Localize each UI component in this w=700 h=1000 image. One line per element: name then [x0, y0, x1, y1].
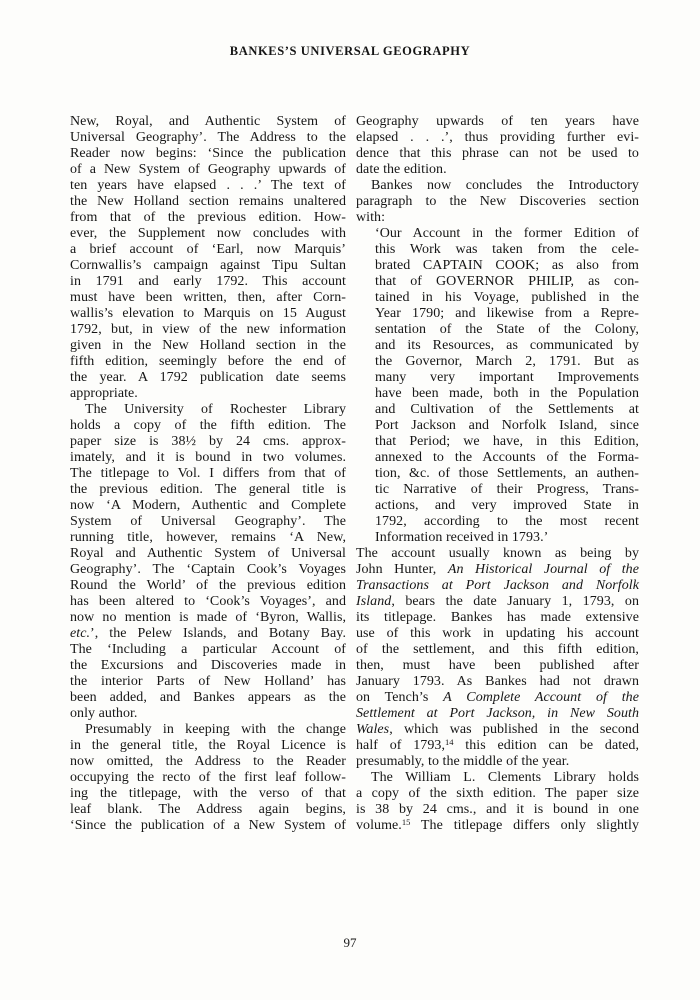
- text-line: leaf blank. The Address again begins,: [70, 802, 346, 818]
- text-line: Bankes now concludes the Introductory: [356, 178, 639, 194]
- text-line: January 1793. As Bankes had not drawn: [356, 674, 639, 690]
- running-head: BANKES’S UNIVERSAL GEOGRAPHY: [0, 44, 700, 59]
- text-line: Round the World’ of the previous edition: [70, 578, 346, 594]
- text-line: tained in his Voyage, published in the: [356, 290, 639, 306]
- text-line: have been made, both in the Population: [356, 386, 639, 402]
- text-line: the interior Parts of New Holland’ has: [70, 674, 346, 690]
- text-line: the Excursions and Discoveries made in: [70, 658, 346, 674]
- footnote-reference: 14: [445, 737, 454, 747]
- text-line: New, Royal, and Authentic System of: [70, 114, 346, 130]
- text-line: on Tench’s A Complete Account of the: [356, 690, 639, 706]
- text-line: now omitted, the Address to the Reader: [70, 754, 346, 770]
- text-line: Transactions at Port Jackson and Norfolk: [356, 578, 639, 594]
- text-line: a copy of the sixth edition. The paper s…: [356, 786, 639, 802]
- book-page: BANKES’S UNIVERSAL GEOGRAPHY New, Royal,…: [0, 0, 700, 1000]
- text-line: Information received in 1793.’: [356, 530, 639, 546]
- text-line: elapsed . . .’, thus providing further e…: [356, 130, 639, 146]
- text-column-left: New, Royal, and Authentic System ofUnive…: [70, 114, 346, 834]
- text-line: brated CAPTAIN COOK; as also from: [356, 258, 639, 274]
- text-line: fifth edition, seemingly before the end …: [70, 354, 346, 370]
- text-line: that of GOVERNOR PHILIP, as con-: [356, 274, 639, 290]
- text-line: annexed to the Accounts of the Forma-: [356, 450, 639, 466]
- text-line: ing the titlepage, with the verso of tha…: [70, 786, 346, 802]
- text-line: the previous edition. The general title …: [70, 482, 346, 498]
- text-line: ever, the Supplement now concludes with: [70, 226, 346, 242]
- text-line: Cornwallis’s campaign against Tipu Sulta…: [70, 258, 346, 274]
- text-line: now ‘A Modern, Authentic and Complete: [70, 498, 346, 514]
- text-line: from that of the previous edition. How-: [70, 210, 346, 226]
- text-line: that Period; we have, in this Edition,: [356, 434, 639, 450]
- text-line: Royal and Authentic System of Universal: [70, 546, 346, 562]
- text-line: Reader now begins: ‘Since the publicatio…: [70, 146, 346, 162]
- text-line: paper size is 38½ by 24 cms. approx-: [70, 434, 346, 450]
- text-line: dence that this phrase can not be used t…: [356, 146, 639, 162]
- text-line: of a New System of Geography upwards of: [70, 162, 346, 178]
- text-line: in 1791 and early 1792. This account: [70, 274, 346, 290]
- text-line: 1792, but, in view of the new informatio…: [70, 322, 346, 338]
- text-line: The ‘Including a particular Account of: [70, 642, 346, 658]
- text-line: presumably, to the middle of the year.: [356, 754, 639, 770]
- text-line: its titlepage. Bankes has made extensive: [356, 610, 639, 626]
- text-line: the Governor, March 2, 1791. But as: [356, 354, 639, 370]
- text-line: the New Holland section remains unaltere…: [70, 194, 346, 210]
- text-line: imately, and it is bound in two volumes.: [70, 450, 346, 466]
- text-line: with:: [356, 210, 639, 226]
- text-line: wallis’s elevation to Marquis on 15 Augu…: [70, 306, 346, 322]
- text-column-right: Geography upwards of ten years haveelaps…: [356, 114, 639, 834]
- text-line: etc.’, the Pelew Islands, and Botany Bay…: [70, 626, 346, 642]
- text-line: in the general title, the Royal Licence …: [70, 738, 346, 754]
- text-line: ‘Our Account in the former Edition of: [356, 226, 639, 242]
- text-line: use of this work in updating his account: [356, 626, 639, 642]
- text-line: must have been written, then, after Corn…: [70, 290, 346, 306]
- text-line: given in the New Holland section in the: [70, 338, 346, 354]
- page-number: 97: [0, 935, 700, 951]
- text-line: then, must have been published after: [356, 658, 639, 674]
- text-line: ten years have elapsed . . .’ The text o…: [70, 178, 346, 194]
- text-line: 1792, according to the most recent: [356, 514, 639, 530]
- text-line: Year 1790; and likewise from a Repre-: [356, 306, 639, 322]
- text-line: appropriate.: [70, 386, 346, 402]
- text-line: paragraph to the New Discoveries section: [356, 194, 639, 210]
- text-line: Settlement at Port Jackson, in New South: [356, 706, 639, 722]
- text-line: the year. A 1792 publication date seems: [70, 370, 346, 386]
- text-line: and its Resources, as communicated by: [356, 338, 639, 354]
- text-line: The titlepage to Vol. I differs from tha…: [70, 466, 346, 482]
- text-line: a brief account of ‘Earl, now Marquis’: [70, 242, 346, 258]
- text-line: been added, and Bankes appears as the: [70, 690, 346, 706]
- text-line: Presumably in keeping with the change: [70, 722, 346, 738]
- text-line: this Work was taken from the cele-: [356, 242, 639, 258]
- text-line: actions, and very improved State in: [356, 498, 639, 514]
- text-line: John Hunter, An Historical Journal of th…: [356, 562, 639, 578]
- text-line: and Cultivation of the Settlements at: [356, 402, 639, 418]
- text-line: tion, &c. of those Settlements, an authe…: [356, 466, 639, 482]
- text-line: The account usually known as being by: [356, 546, 639, 562]
- text-line: The University of Rochester Library: [70, 402, 346, 418]
- text-line: holds a copy of the fifth edition. The: [70, 418, 346, 434]
- text-line: running title, however, remains ‘A New,: [70, 530, 346, 546]
- text-columns: New, Royal, and Authentic System ofUnive…: [70, 114, 639, 834]
- text-line: date the edition.: [356, 162, 639, 178]
- text-line: Universal Geography’. The Address to the: [70, 130, 346, 146]
- text-line: Geography upwards of ten years have: [356, 114, 639, 130]
- text-line: now no mention is made of ‘Byron, Wallis…: [70, 610, 346, 626]
- text-line: Port Jackson and Norfolk Island, since: [356, 418, 639, 434]
- text-line: half of 1793,14 this edition can be date…: [356, 738, 639, 754]
- text-line: occupying the recto of the first leaf fo…: [70, 770, 346, 786]
- text-line: has been altered to ‘Cook’s Voyages’, an…: [70, 594, 346, 610]
- text-line: is 38 by 24 cms., and it is bound in one: [356, 802, 639, 818]
- text-line: Geography’. The ‘Captain Cook’s Voyages: [70, 562, 346, 578]
- text-line: tic Narrative of their Progress, Trans-: [356, 482, 639, 498]
- text-line: Wales, which was published in the second: [356, 722, 639, 738]
- text-line: sentation of the State of the Colony,: [356, 322, 639, 338]
- text-line: of the settlement, and this fifth editio…: [356, 642, 639, 658]
- text-line: only author.: [70, 706, 346, 722]
- text-line: The William L. Clements Library holds: [356, 770, 639, 786]
- text-line: volume.15 The titlepage differs only sli…: [356, 818, 639, 834]
- text-line: many very important Improvements: [356, 370, 639, 386]
- text-line: ‘Since the publication of a New System o…: [70, 818, 346, 834]
- text-line: Island, bears the date January 1, 1793, …: [356, 594, 639, 610]
- text-line: System of Universal Geography’. The: [70, 514, 346, 530]
